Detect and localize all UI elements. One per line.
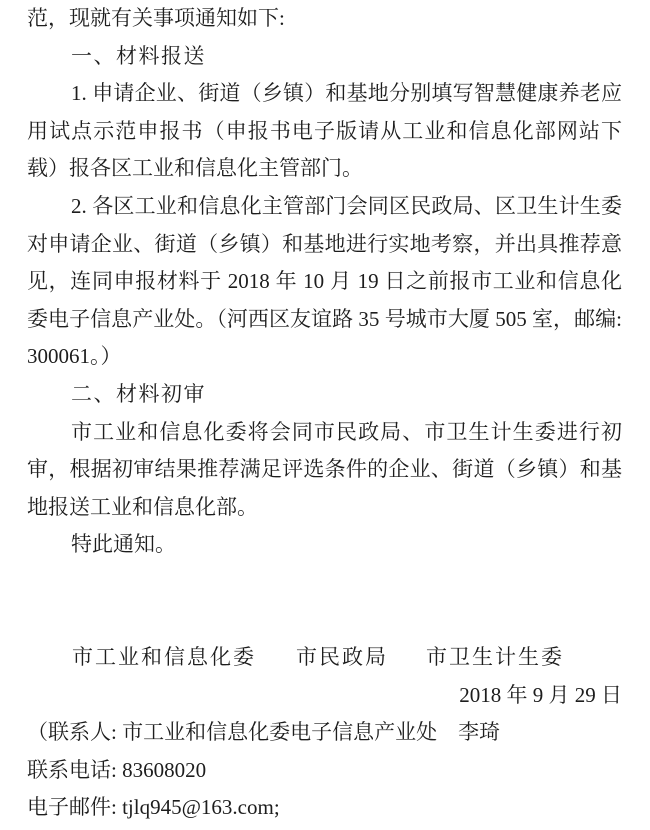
- signature-industry-it-committee: 市工业和信息化委: [72, 639, 256, 677]
- contact-person-line: （联系人: 市工业和信息化委电子信息产业处 李琦: [27, 714, 622, 752]
- signature-gap: [256, 639, 296, 677]
- signature-health-committee: 市卫生计生委: [426, 639, 564, 677]
- section-2-paragraph-1: 市工业和信息化委将会同市民政局、市卫生计生委进行初审，根据初审结果推荐满足评选条…: [27, 414, 622, 527]
- contact-email-line: 电子邮件: tjlq945@163.com;: [27, 789, 622, 827]
- contact-phone-line: 联系电话: 83608020: [27, 752, 622, 790]
- signature-row: 市工业和信息化委 市民政局 市卫生计生委: [27, 639, 622, 677]
- document-date: 2018 年 9 月 29 日: [27, 677, 622, 715]
- notice-document-page: 范，现就有关事项通知如下: 一、材料报送 1. 申请企业、街道（乡镇）和基地分别…: [0, 0, 650, 830]
- closing-line: 特此通知。: [27, 526, 622, 564]
- section-1-paragraph-2: 2. 各区工业和信息化主管部门会同区民政局、区卫生计生委对申请企业、街道（乡镇）…: [27, 188, 622, 376]
- section-2-heading: 二、材料初审: [27, 376, 622, 414]
- section-1-heading: 一、材料报送: [27, 38, 622, 76]
- signature-civil-affairs-bureau: 市民政局: [296, 639, 388, 677]
- signature-gap: [388, 639, 426, 677]
- section-1-paragraph-1: 1. 申请企业、街道（乡镇）和基地分别填写智慧健康养老应用试点示范申报书（申报书…: [27, 75, 622, 188]
- intro-continuation-line: 范，现就有关事项通知如下:: [27, 0, 622, 38]
